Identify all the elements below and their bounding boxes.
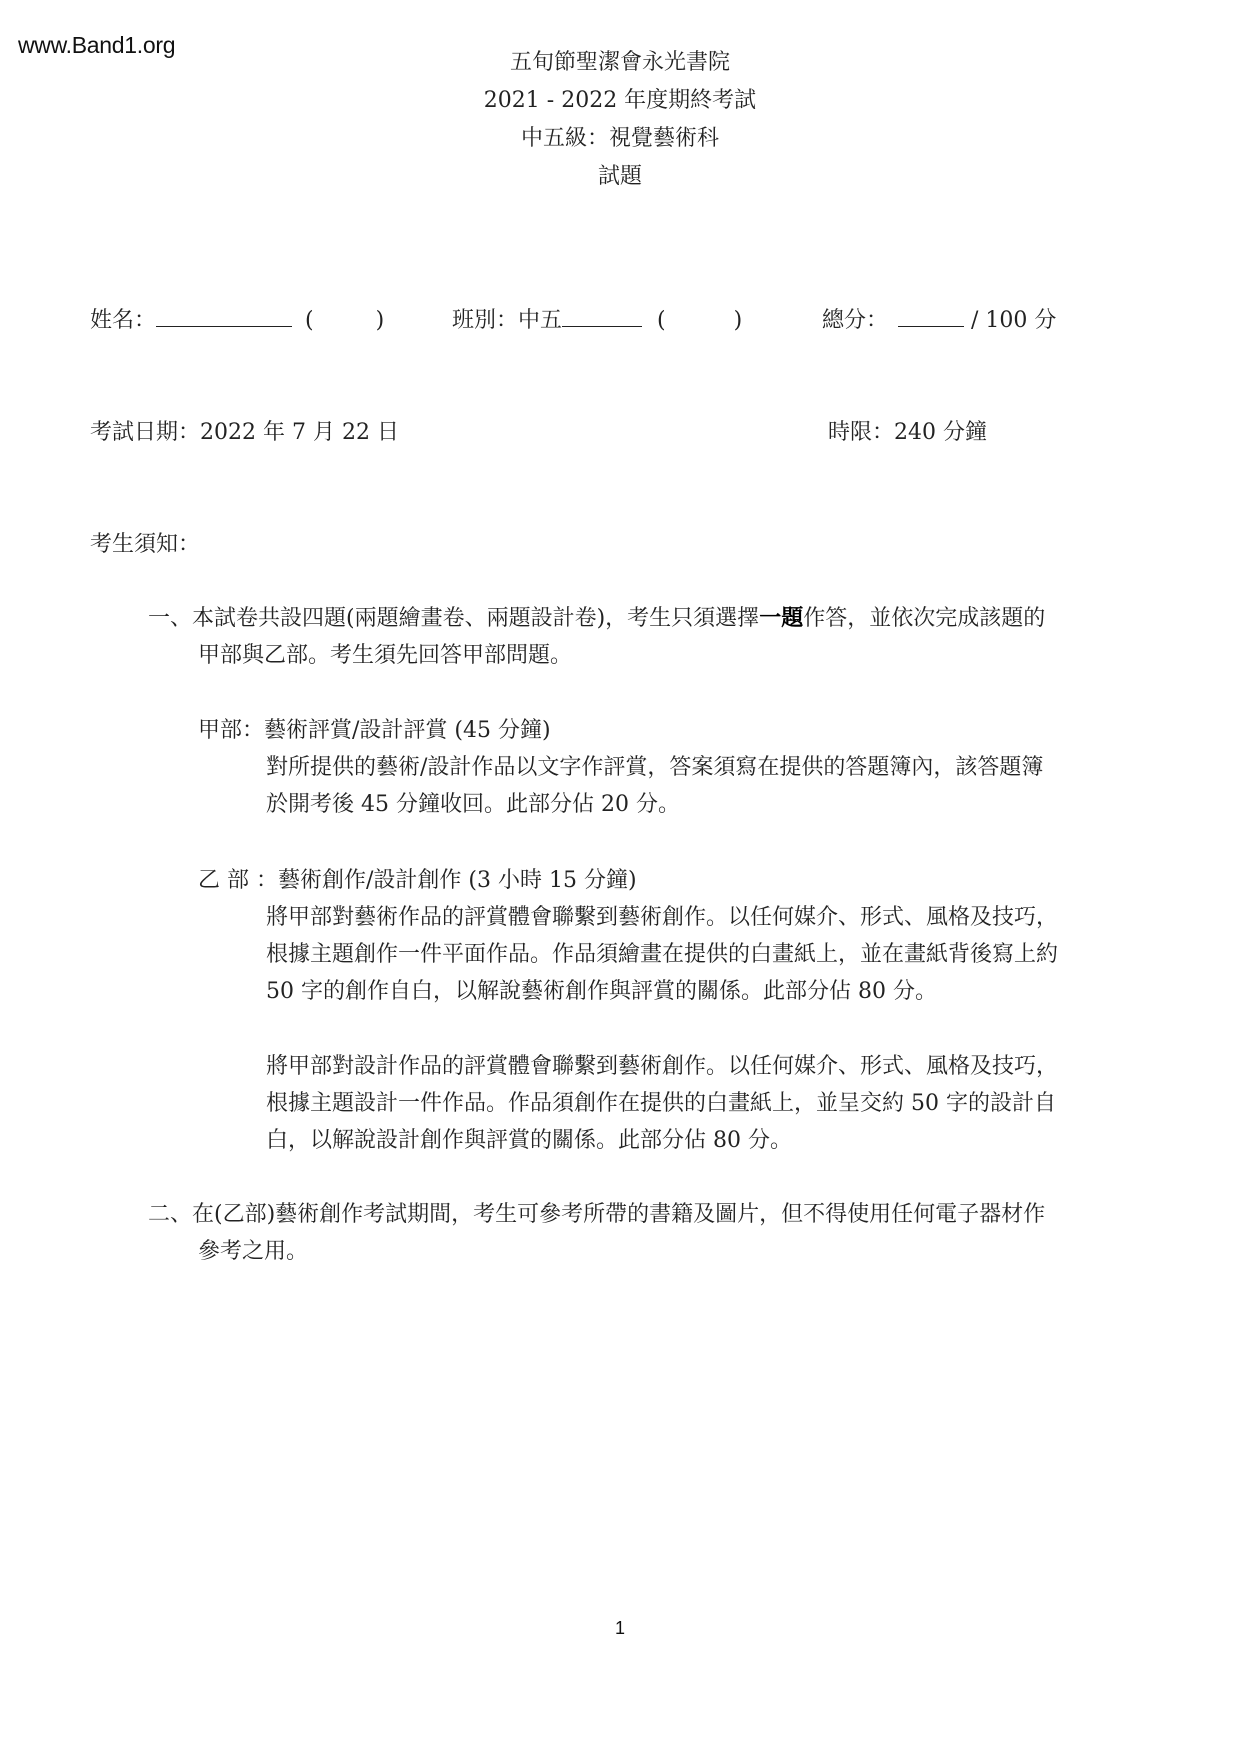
- paren-open: (: [657, 308, 666, 333]
- part-b-art-line: 根據主題創作一件平面作品。作品須繪畫在提供的白畫紙上，並在畫紙背後寫上約: [198, 936, 1058, 973]
- name-blank[interactable]: [156, 308, 292, 327]
- part-b-design-line: 白，以解說設計創作與評賞的關係。此部分佔 80 分。: [266, 1122, 1058, 1159]
- part-b-design-line: 根據主題設計一件作品。作品須創作在提供的白畫紙上，並呈交約 50 字的設計自: [266, 1085, 1058, 1122]
- class-field[interactable]: 班別：中五 (): [452, 306, 742, 336]
- instructions-heading: 考生須知：: [90, 530, 200, 560]
- item-1-emphasis: 一題: [759, 605, 803, 631]
- part-b-art-line: 將甲部對藝術作品的評賞體會聯繫到藝術創作。以任何媒介、形式、風格及技巧，: [198, 899, 1058, 936]
- paren-close: ): [734, 308, 743, 333]
- name-field[interactable]: 姓名： (): [90, 306, 384, 336]
- paren-close: ): [376, 308, 385, 333]
- item-2-text: 在(乙部)藝術創作考試期間，考生可參考所帶的書籍及圖片，但不得使用任何電子器材作: [192, 1202, 1045, 1227]
- instruction-item-1: 一、本試卷共設四題(兩題繪畫卷、兩題設計卷)，考生只須選擇一題作答，並依次完成該…: [148, 600, 1045, 674]
- total-label: 總分：: [822, 308, 888, 333]
- part-a-line: 對所提供的藝術/設計作品以文字作評賞，答案須寫在提供的答題簿內，該答題簿: [198, 749, 1043, 786]
- part-a-title: 甲部：藝術評賞/設計評賞 (45 分鐘): [198, 712, 1043, 749]
- item-2-marker: 二、: [148, 1202, 192, 1227]
- exam-title: 2021 - 2022 年度期終考試: [0, 82, 1240, 120]
- time-limit: 時限：240 分鐘: [828, 418, 987, 448]
- item-1-text: 本試卷共設四題(兩題繪畫卷、兩題設計卷)，考生只須選擇: [192, 606, 759, 631]
- class-blank[interactable]: [562, 308, 642, 327]
- school-name: 五旬節聖潔會永光書院: [0, 44, 1240, 82]
- instruction-item-2: 二、在(乙部)藝術創作考試期間，考生可參考所帶的書籍及圖片，但不得使用任何電子器…: [148, 1196, 1045, 1270]
- part-b-section: 乙 部 ：藝術創作/設計創作 (3 小時 15 分鐘) 將甲部對藝術作品的評賞體…: [198, 862, 1058, 1010]
- paper-title: 試題: [0, 158, 1240, 196]
- subject-title: 中五級：視覺藝術科: [0, 120, 1240, 158]
- part-a-section: 甲部：藝術評賞/設計評賞 (45 分鐘) 對所提供的藝術/設計作品以文字作評賞，…: [198, 712, 1043, 823]
- item-2-line-2: 參考之用。: [148, 1233, 1045, 1270]
- part-b-design-section: 將甲部對設計作品的評賞體會聯繫到藝術創作。以任何媒介、形式、風格及技巧， 根據主…: [266, 1048, 1058, 1159]
- item-1-text-cont: 作答，並依次完成該題的: [803, 606, 1045, 631]
- part-b-title: 乙 部 ：藝術創作/設計創作 (3 小時 15 分鐘): [198, 862, 1058, 899]
- document-header: 五旬節聖潔會永光書院 2021 - 2022 年度期終考試 中五級：視覺藝術科 …: [0, 44, 1240, 196]
- page-number: 1: [0, 1618, 1240, 1639]
- part-a-line: 於開考後 45 分鐘收回。此部分佔 20 分。: [198, 786, 1043, 823]
- name-label: 姓名：: [90, 308, 156, 333]
- exam-date: 考試日期：2022 年 7 月 22 日: [90, 418, 399, 448]
- item-1-marker: 一、: [148, 606, 192, 631]
- item-1-line-2: 甲部與乙部。考生須先回答甲部問題。: [148, 637, 1045, 674]
- total-score-field[interactable]: 總分： / 100 分: [822, 306, 1056, 336]
- part-b-design-line: 將甲部對設計作品的評賞體會聯繫到藝術創作。以任何媒介、形式、風格及技巧，: [266, 1048, 1058, 1085]
- total-suffix: / 100 分: [971, 308, 1056, 333]
- paren-open: (: [305, 308, 314, 333]
- total-blank[interactable]: [898, 308, 964, 327]
- part-b-art-line: 50 字的創作自白，以解說藝術創作與評賞的關係。此部分佔 80 分。: [198, 973, 1058, 1010]
- class-label: 班別：中五: [452, 308, 562, 333]
